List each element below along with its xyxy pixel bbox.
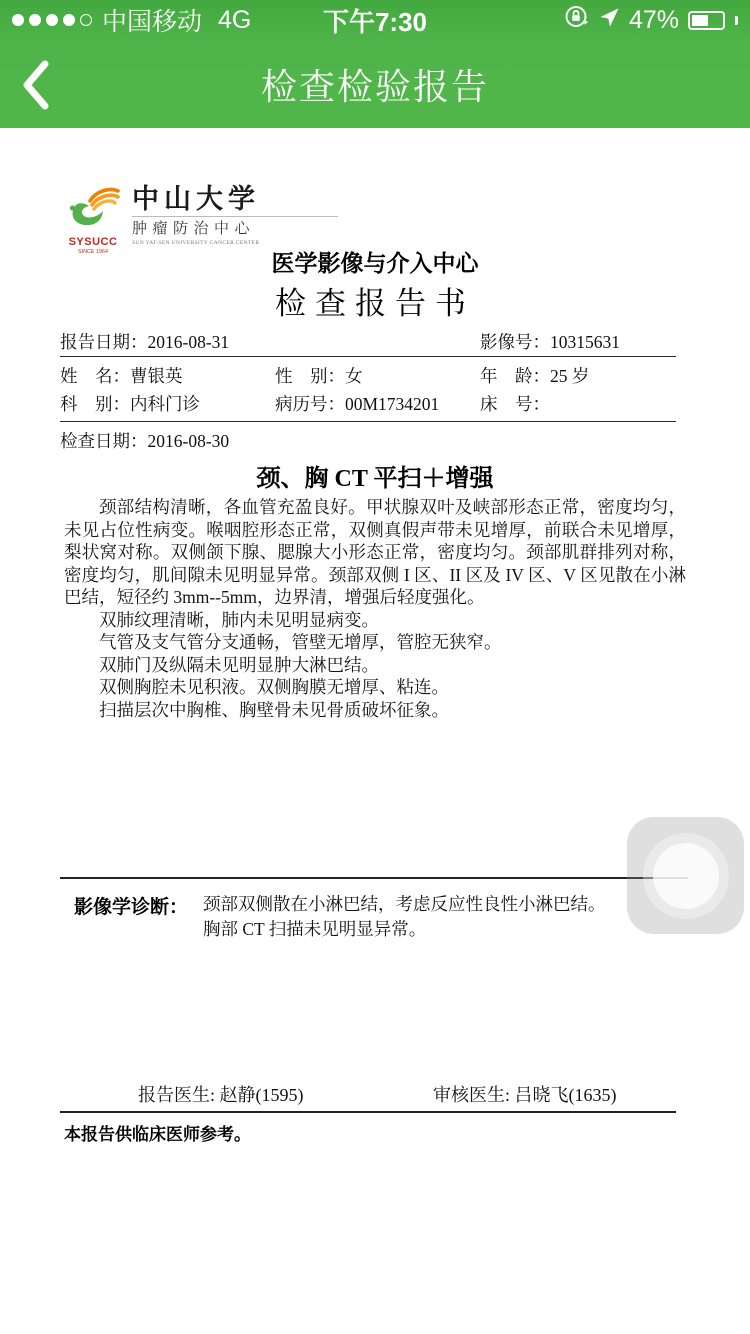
report-date-row: 报告日期：2016-08-31 影像号：10315631 xyxy=(60,329,690,353)
orientation-lock-icon xyxy=(563,3,590,37)
patient-info-table: 报告日期：2016-08-31 影像号：10315631 姓 名：曹银英 性 别… xyxy=(60,329,690,452)
diagnosis-label: 影像学诊断： xyxy=(60,892,203,942)
record-no-value: 00M1734201 xyxy=(345,394,439,414)
footer-note: 本报告供临床医师参考。 xyxy=(64,1120,251,1145)
battery-percent-label: 47% xyxy=(629,6,679,35)
report-document: SYSUCC SINCE 1964 中山大学 肿瘤防治中心 SUN YAT-SE… xyxy=(0,128,750,1334)
imaging-center-title: 医学影像与介入中心 xyxy=(0,245,750,278)
name-value: 曹银英 xyxy=(130,366,183,386)
gender-value: 女 xyxy=(345,366,363,386)
battery-fill xyxy=(692,15,708,26)
record-no-label: 病历号： xyxy=(275,394,345,414)
divider-line xyxy=(60,421,676,422)
status-bar: 中国移动 4G 下午7:30 47% xyxy=(0,0,750,40)
findings-paragraph: 双肺纹理清晰，肺内未见明显病变。 xyxy=(64,609,686,632)
hospital-emblem-icon xyxy=(66,184,120,235)
assistive-touch-ring xyxy=(643,833,729,919)
report-doctor-value: 赵静(1595) xyxy=(220,1085,304,1105)
page-title: 检查检验报告 xyxy=(261,59,489,110)
exam-date-row: 检查日期：2016-08-30 xyxy=(60,428,690,452)
signal-dot xyxy=(46,14,58,26)
assistive-touch-core xyxy=(653,843,719,909)
hospital-dept: 肿瘤防治中心 xyxy=(132,216,338,239)
review-doctor-value: 吕晓飞(1635) xyxy=(515,1085,617,1105)
diagnosis-line: 颈部双侧散在小淋巴结，考虑反应性良性小淋巴结。 xyxy=(203,892,606,917)
age-value: 25 岁 xyxy=(550,366,589,386)
report-doctor-label: 报告医生: xyxy=(138,1085,220,1105)
dept-value: 内科门诊 xyxy=(130,394,200,414)
footer-divider-line xyxy=(60,1111,676,1113)
findings-paragraph: 双肺门及纵隔未见明显肿大淋巴结。 xyxy=(64,654,686,677)
dept-label: 科 别： xyxy=(60,394,130,414)
age-label: 年 龄： xyxy=(480,366,550,386)
carrier-label: 中国移动 xyxy=(102,2,202,38)
diagnosis-line: 胸部 CT 扫描未见明显异常。 xyxy=(203,917,606,942)
network-type-label: 4G xyxy=(218,6,251,35)
name-row: 姓 名：曹银英 性 别：女 年 龄：25 岁 xyxy=(60,363,690,387)
assistive-touch-button[interactable] xyxy=(627,817,744,934)
exam-date-value: 2016-08-30 xyxy=(148,431,230,451)
signal-dot xyxy=(12,14,24,26)
report-doc-title: 检查报告书 xyxy=(0,278,750,323)
diagnosis-section: 影像学诊断： 颈部双侧散在小淋巴结，考虑反应性良性小淋巴结。 胸部 CT 扫描未… xyxy=(60,877,688,942)
name-label: 姓 名： xyxy=(60,366,130,386)
back-button[interactable] xyxy=(14,58,58,112)
signal-dot xyxy=(29,14,41,26)
signal-dot xyxy=(63,14,75,26)
findings-paragraph: 双侧胸腔未见积液。双侧胸膜无增厚、粘连。 xyxy=(64,676,686,699)
image-no-value: 10315631 xyxy=(550,332,620,352)
report-date-label: 报告日期： xyxy=(60,332,148,352)
findings-paragraph: 扫描层次中胸椎、胸壁骨未见骨质破坏征象。 xyxy=(64,699,686,722)
location-services-icon xyxy=(599,6,620,35)
report-date-value: 2016-08-31 xyxy=(148,332,230,352)
gender-label: 性 别： xyxy=(275,366,345,386)
signal-strength-icon xyxy=(12,14,92,26)
findings-paragraph: 颈部结构清晰，各血管充盈良好。甲状腺双叶及峡部形态正常，密度均匀，未见占位性病变… xyxy=(64,496,686,609)
image-no-label: 影像号： xyxy=(480,332,550,352)
review-doctor-label: 审核医生: xyxy=(433,1085,515,1105)
exam-date-label: 检查日期： xyxy=(60,431,148,451)
findings-paragraph: 气管及支气管分支通畅，管壁无增厚，管腔无狭窄。 xyxy=(64,631,686,654)
signal-dot xyxy=(80,14,92,26)
battery-icon xyxy=(688,11,725,30)
hospital-name: 中山大学 xyxy=(132,184,338,214)
battery-nub xyxy=(735,16,738,25)
findings-section: 颈部结构清晰，各血管充盈良好。甲状腺双叶及峡部形态正常，密度均匀，未见占位性病变… xyxy=(64,496,686,721)
nav-bar: 检查检验报告 xyxy=(0,40,750,128)
dept-row: 科 别：内科门诊 病历号：00M1734201 床 号： xyxy=(60,391,690,415)
divider-line xyxy=(60,356,676,357)
exam-title: 颈、胸 CT 平扫＋增强 xyxy=(0,458,750,493)
bed-label: 床 号： xyxy=(480,394,550,414)
